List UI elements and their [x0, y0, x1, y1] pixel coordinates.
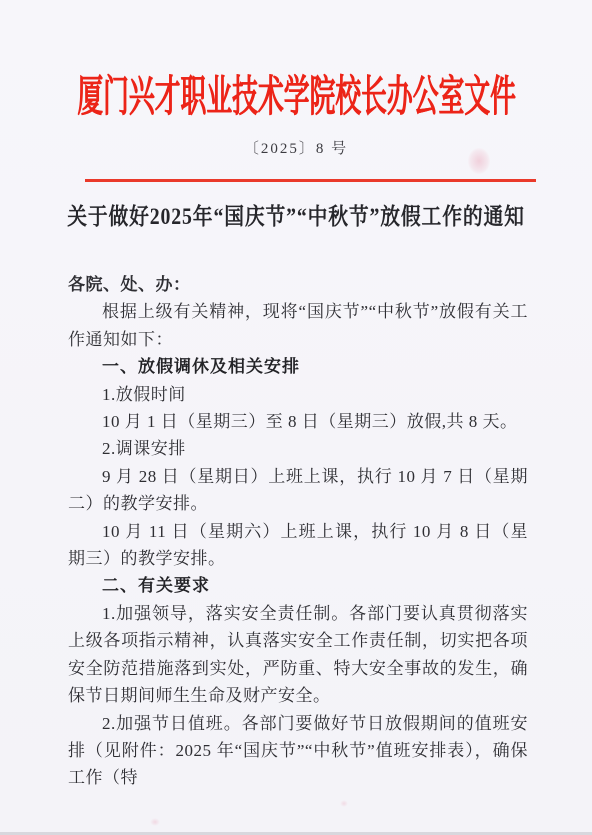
document-page: 厦门兴才职业技术学院校长办公室文件 〔2025〕8 号 关于做好2025年“国庆… — [0, 0, 592, 835]
red-divider-line — [85, 179, 536, 182]
doc-number: 〔2025〕8 号 — [0, 140, 592, 158]
item-1-1-heading: 1.放假时间 — [68, 381, 528, 408]
section-1-heading: 一、放假调休及相关安排 — [68, 353, 528, 380]
document-title: 关于做好2025年“国庆节”“中秋节”放假工作的通知 — [67, 201, 525, 233]
scan-smudge — [340, 800, 348, 807]
letterhead-title: 厦门兴才职业技术学院校长办公室文件 — [77, 74, 516, 122]
document-body: 各院、处、办： 根据上级有关精神，现将“国庆节”“中秋节”放假有关工作通知如下：… — [0, 271, 592, 792]
makeup-class-line-1: 9 月 28 日（星期日）上班上课，执行 10 月 7 日（星期二）的教学安排。 — [68, 463, 528, 518]
title-row: 关于做好2025年“国庆节”“中秋节”放假工作的通知 — [0, 201, 592, 233]
item-1-2-heading: 2.调课安排 — [68, 435, 528, 462]
makeup-class-line-2: 10 月 11 日（星期六）上班上课，执行 10 月 8 日（星期三）的教学安排… — [68, 518, 528, 573]
letterhead-row: 厦门兴才职业技术学院校长办公室文件 — [0, 74, 592, 122]
salutation: 各院、处、办： — [68, 271, 528, 298]
intro-paragraph: 根据上级有关精神，现将“国庆节”“中秋节”放假有关工作通知如下： — [68, 298, 528, 353]
section-2-heading: 二、有关要求 — [68, 572, 528, 599]
requirement-2-paragraph: 2.加强节日值班。各部门要做好节日放假期间的值班安排（见附件：2025 年“国庆… — [68, 710, 528, 792]
requirement-1-paragraph: 1.加强领导，落实安全责任制。各部门要认真贯彻落实上级各项指示精神，认真落实安全… — [68, 600, 528, 710]
holiday-dates-line: 10 月 1 日（星期三）至 8 日（星期三）放假,共 8 天。 — [68, 408, 528, 435]
scan-smudge — [150, 818, 160, 826]
